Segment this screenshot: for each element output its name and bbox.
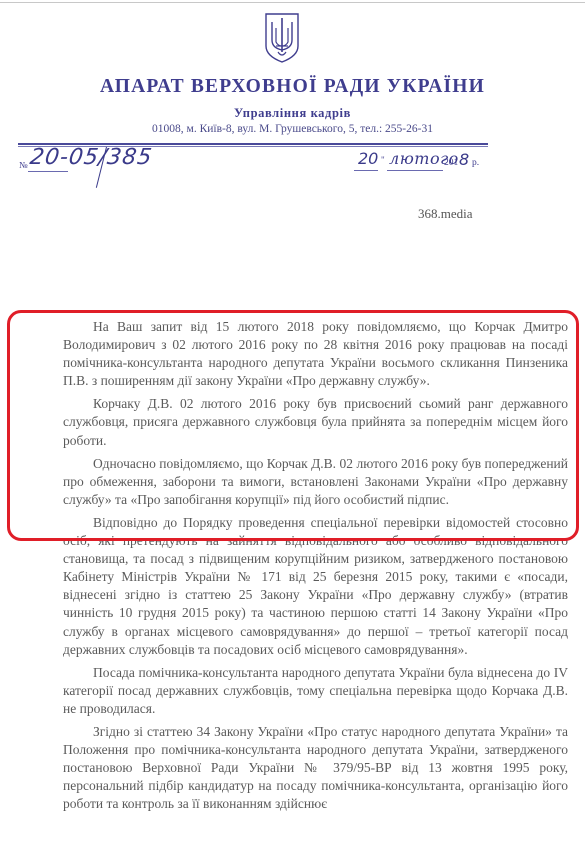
paragraph-deputy-status-law: Згідно зі статтею 34 Закону України «Про… [63,723,568,813]
paragraph-warning-notice: Одночасно повідомляємо, що Корчак Д.В. 0… [63,455,568,509]
reference-number-label: № [19,160,28,170]
reference-number-underline [28,171,68,172]
date-quote-mark: " [381,155,385,165]
date-day-handwritten: 20 [358,149,378,168]
letter-body: На Ваш запит від 15 лютого 2018 року пов… [63,318,568,818]
date-year-suffix: р. [472,158,479,168]
date-year-prefix: 201 [444,158,458,168]
trident-emblem-icon [264,12,300,64]
date-year-handwritten-digit: 8 [459,150,469,169]
paragraph-category-iv: Посада помічника-консультанта народного … [63,664,568,718]
recipient: 368.media [418,206,473,222]
organization-title: АПАРАТ ВЕРХОВНОЇ РАДИ УКРАЇНИ [0,76,585,98]
paragraph-request-response: На Ваш запит від 15 лютого 2018 року пов… [63,318,568,390]
paragraph-special-check-procedure: Відповідно до Порядку проведення спеціал… [63,514,568,659]
page-top-border [0,2,585,3]
department-name: Управління кадрів [0,106,585,121]
reference-number-handwritten: 20-05/385 [28,145,154,170]
date-month-underline [387,170,443,171]
organization-address: 01008, м. Київ-8, вул. М. Грушевського, … [0,123,585,135]
date-day-underline [354,170,378,171]
paragraph-rank-assigned: Корчаку Д.В. 02 лютого 2016 року був при… [63,395,568,449]
